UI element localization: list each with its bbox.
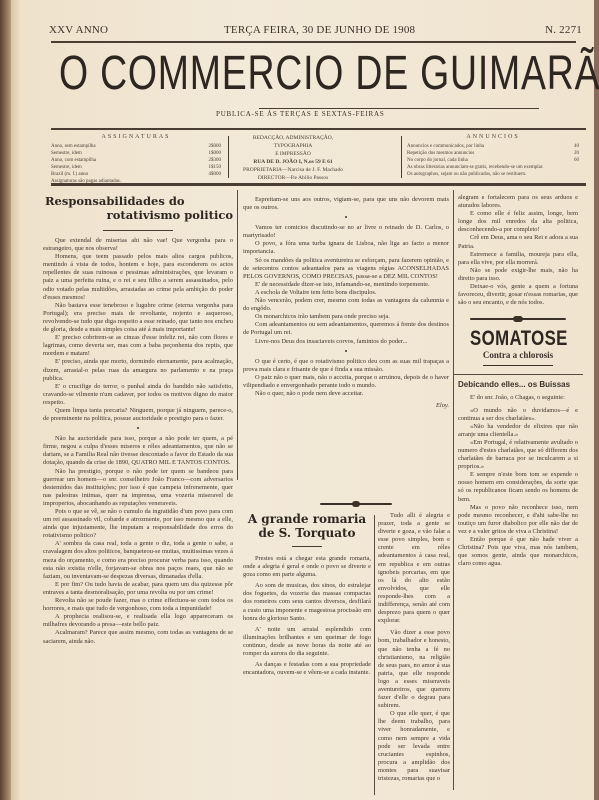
article-responsabilidades-cont: Espreitam-se uns aos outros, vigiam-se, …: [243, 196, 449, 410]
article-buissas-title: Debicando elles... os Buissas: [458, 379, 578, 390]
subtitle-rule: [259, 108, 539, 109]
office-director: DIRECTOR—P.e Abilio Passos: [233, 174, 353, 182]
article-title-line1: Responsabilidades do: [43, 194, 233, 208]
subscription-row: Anno, com estampilha2$300: [51, 157, 221, 164]
ornament-divider: [458, 315, 578, 323]
section-rule: [453, 374, 583, 375]
author-signature: Eloy.: [243, 402, 449, 410]
article-title-line2: de S. Torquato: [243, 526, 371, 540]
office-address: RUA DE D. JOÃO I, N.os 59 E 61: [233, 158, 353, 166]
newspaper-title: O COMMERCIO DE GUIMARÃES: [59, 46, 465, 102]
issue-number: N. 2271: [545, 24, 582, 36]
article-title-line1: A grande romaria: [243, 512, 371, 526]
title-rule: [292, 546, 322, 547]
article-responsabilidades: Responsabilidades do rotativismo politic…: [43, 194, 233, 646]
masthead-rule-top: [51, 41, 576, 43]
adverts-heading: ANNUNCIOS: [407, 134, 579, 141]
ornament-divider: [311, 500, 401, 508]
info-divider: [401, 136, 402, 178]
year-label: XXV ANNO: [49, 24, 108, 36]
adverts-note: As obras litterarias annunciam-se gratis…: [407, 164, 579, 171]
column-divider: [374, 515, 375, 795]
subscriptions-box: ASSIGNATURAS Anno, sem estampilha2$000 S…: [51, 134, 221, 185]
info-rule-top: [51, 128, 586, 130]
info-rule-bottom: [51, 183, 586, 186]
office-line1: REDACÇÃO, ADMINISTRAÇÃO, TYPOGRAPHIA: [233, 134, 353, 150]
subscriptions-heading: ASSIGNATURAS: [51, 134, 221, 141]
office-box: REDACÇÃO, ADMINISTRAÇÃO, TYPOGRAPHIA E I…: [233, 134, 353, 182]
masthead-dateline: XXV ANNO TERÇA FEIRA, 30 DE JUNHO DE 190…: [49, 24, 582, 40]
somatose-advert-tagline: Contra a chlorosis: [458, 351, 578, 359]
scan-edge-right: [594, 0, 599, 800]
date-label: TERÇA FEIRA, 30 DE JUNHO DE 1908: [224, 24, 415, 36]
section-dot: •: [243, 346, 449, 358]
office-line2: E IMPRESSÃO: [233, 150, 353, 158]
article-title-line2: rotativismo politico: [43, 208, 233, 222]
article-romaria-header: A grande romaria de S. Torquato: [243, 512, 371, 547]
info-divider: [228, 136, 229, 178]
adverts-box: ANNUNCIOS Annuncios e communicados, por …: [407, 134, 579, 178]
adverts-note: Os autographos, sejam ou não publicados,…: [407, 171, 579, 178]
scan-edge-left: [0, 0, 11, 800]
column-divider: [453, 190, 454, 790]
column-divider: [237, 190, 238, 480]
advert-rate-row: No corpo do jornal, cada linha60: [407, 157, 579, 164]
title-rule: [103, 230, 173, 231]
newspaper-page: XXV ANNO TERÇA FEIRA, 30 DE JUNHO DE 190…: [11, 0, 594, 800]
article-romaria-col2: Tudo alli é alegria e prazer, toda a gen…: [378, 512, 450, 783]
advert-rate-row: Repetição dos mesmos annuncios20: [407, 150, 579, 157]
advert-rule: [483, 365, 553, 366]
office-owner: PROPRIETARIA—Narcisa de J. F. Machado: [233, 166, 353, 174]
somatose-advert-brand: SOMATOSE: [470, 327, 566, 351]
advert-rate-row: Annuncios e communicados, por linha40: [407, 143, 579, 150]
section-dot: •: [43, 423, 233, 435]
subscription-row: Semestre, idem1$150: [51, 164, 221, 171]
subscription-row: Anno, sem estampilha2$000: [51, 143, 221, 150]
subscription-row: Brazil (m. f.) anno4$000: [51, 171, 221, 178]
article-romaria-col1: Prestes está a chegar esta grande romari…: [243, 555, 371, 677]
section-dot: •: [243, 212, 449, 224]
subscription-row: Semestre, idem1$000: [51, 150, 221, 157]
article-romaria-col3: alegram e fortalecem para os seus arduos…: [458, 194, 578, 568]
publication-schedule: PUBLICA-SE ÁS TERÇAS E SEXTAS-FEIRAS: [216, 110, 385, 118]
